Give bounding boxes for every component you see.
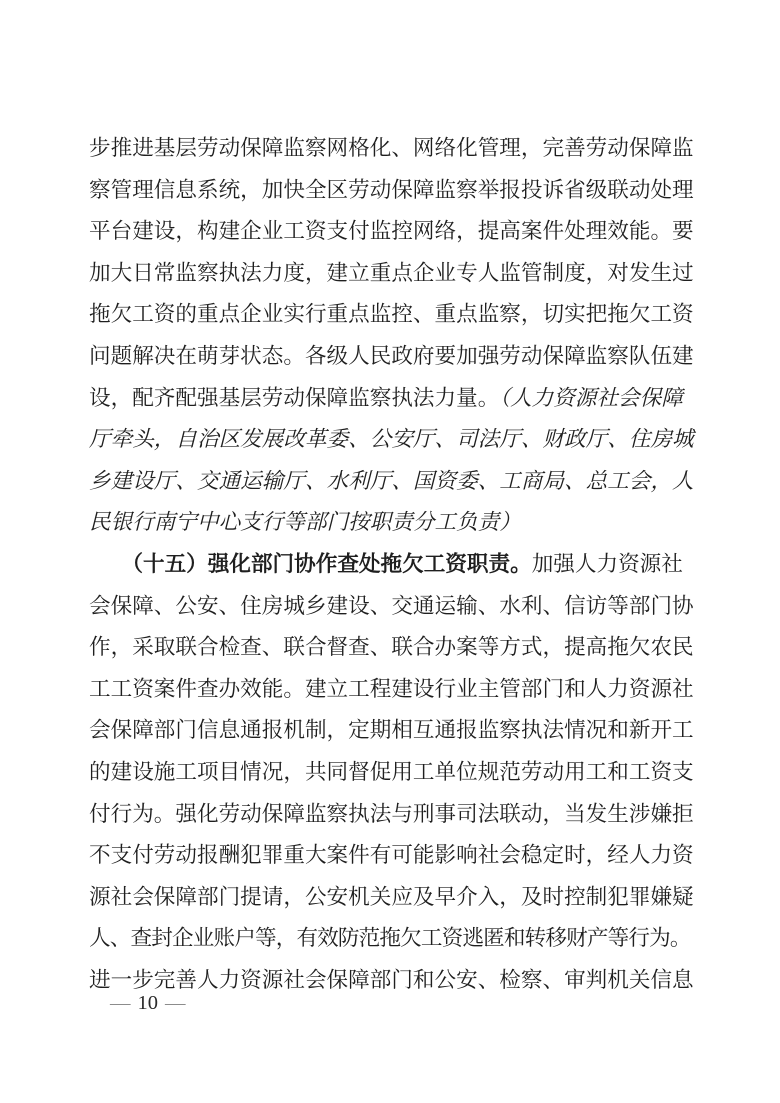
text-segment-bold: （十五）强化部门协作查处拖欠工资职责。 <box>132 552 531 576</box>
text-line: 拖欠工资的重点企业实行重点监控、重点监察，切实把拖欠工资 <box>89 294 701 336</box>
document-body: 步推进基层劳动保障监察网格化、网络化管理，完善劳动保障监察管理信息系统，加快全区… <box>89 128 701 1001</box>
text-line: 付行为。强化劳动保障监察执法与刑事司法联动，当发生涉嫌拒 <box>89 794 701 836</box>
text-line: 人、查封企业账户等，有效防范拖欠工资逃匿和转移财产等行为。 <box>89 918 701 960</box>
text-segment-normal: 加强人力资源社 <box>532 552 683 576</box>
text-segment-normal: 人、查封企业账户等，有效防范拖欠工资逃匿和转移财产等行为。 <box>89 926 691 950</box>
text-line: 作，采取联合检查、联合督查、联合办案等方式，提高拖欠农民 <box>89 627 701 669</box>
text-segment-normal: 会保障、公安、住房城乡建设、交通运输、水利、信访等部门协 <box>89 594 694 618</box>
text-segment-italic: 厅牵头，自治区发展改革委、公安厅、司法厅、财政厅、住房城 <box>89 427 694 451</box>
text-segment-normal: 平台建设，构建企业工资支付监控网络，提高案件处理效能。要 <box>89 219 694 243</box>
text-segment-normal: 步推进基层劳动保障监察网格化、网络化管理，完善劳动保障监 <box>89 136 694 160</box>
text-line: 不支付劳动报酬犯罪重大案件有可能影响社会稳定时，经人力资 <box>89 835 701 877</box>
text-segment-italic: 民银行南宁中心支行等部门按职责分工负责） <box>89 510 521 534</box>
text-segment-normal: 问题解决在萌芽状态。各级人民政府要加强劳动保障监察队伍建 <box>89 344 694 368</box>
text-line: 会保障部门信息通报机制，定期相互通报监察执法情况和新开工 <box>89 710 701 752</box>
text-segment-normal: 会保障部门信息通报机制，定期相互通报监察执法情况和新开工 <box>89 718 694 742</box>
text-line: 的建设施工项目情况，共同督促用工单位规范劳动用工和工资支 <box>89 752 701 794</box>
text-segment-normal: 察管理信息系统，加快全区劳动保障监察举报投诉省级联动处理 <box>89 178 694 202</box>
text-line: 民银行南宁中心支行等部门按职责分工负责） <box>89 502 701 544</box>
text-line: 工工资案件查办效能。建立工程建设行业主管部门和人力资源社 <box>89 669 701 711</box>
text-line: 乡建设厅、交通运输厅、水利厅、国资委、工商局、总工会，人 <box>89 461 701 503</box>
page-number-value: 10 <box>138 992 159 1014</box>
text-segment-normal <box>89 552 132 576</box>
text-line: 问题解决在萌芽状态。各级人民政府要加强劳动保障监察队伍建 <box>89 336 701 378</box>
text-segment-normal: 拖欠工资的重点企业实行重点监控、重点监察，切实把拖欠工资 <box>89 302 694 326</box>
text-segment-normal: 进一步完善人力资源社会保障部门和公安、检察、审判机关信息 <box>89 968 694 992</box>
text-line: 步推进基层劳动保障监察网格化、网络化管理，完善劳动保障监 <box>89 128 701 170</box>
text-segment-normal: 设，配齐配强基层劳动保障监察执法力量。 <box>89 386 499 410</box>
text-line: 会保障、公安、住房城乡建设、交通运输、水利、信访等部门协 <box>89 586 701 628</box>
page-number: —10— <box>110 991 186 1015</box>
document-page: { "document": { "colors": { "background"… <box>0 0 780 1103</box>
text-segment-normal: 付行为。强化劳动保障监察执法与刑事司法联动，当发生涉嫌拒 <box>89 802 694 826</box>
text-line: （十五）强化部门协作查处拖欠工资职责。加强人力资源社 <box>89 544 701 586</box>
text-segment-normal: 工工资案件查办效能。建立工程建设行业主管部门和人力资源社 <box>89 677 694 701</box>
text-line: 加大日常监察执法力度，建立重点企业专人监管制度，对发生过 <box>89 253 701 295</box>
text-line: 设，配齐配强基层劳动保障监察执法力量。（人力资源社会保障 <box>89 378 701 420</box>
text-line: 察管理信息系统，加快全区劳动保障监察举报投诉省级联动处理 <box>89 170 701 212</box>
text-segment-normal: 源社会保障部门提请，公安机关应及早介入，及时控制犯罪嫌疑 <box>89 885 694 909</box>
page-number-right-dash: — <box>165 992 186 1014</box>
text-segment-italic: （人力资源社会保障 <box>499 386 683 410</box>
text-line: 源社会保障部门提请，公安机关应及早介入，及时控制犯罪嫌疑 <box>89 877 701 919</box>
text-line: 厅牵头，自治区发展改革委、公安厅、司法厅、财政厅、住房城 <box>89 419 701 461</box>
text-segment-italic: 乡建设厅、交通运输厅、水利厅、国资委、工商局、总工会，人 <box>89 469 694 493</box>
text-line: 平台建设，构建企业工资支付监控网络，提高案件处理效能。要 <box>89 211 701 253</box>
text-segment-normal: 加大日常监察执法力度，建立重点企业专人监管制度，对发生过 <box>89 261 694 285</box>
text-segment-normal: 不支付劳动报酬犯罪重大案件有可能影响社会稳定时，经人力资 <box>89 843 694 867</box>
page-number-left-dash: — <box>110 992 131 1014</box>
text-segment-normal: 作，采取联合检查、联合督查、联合办案等方式，提高拖欠农民 <box>89 635 694 659</box>
text-segment-normal: 的建设施工项目情况，共同督促用工单位规范劳动用工和工资支 <box>89 760 694 784</box>
